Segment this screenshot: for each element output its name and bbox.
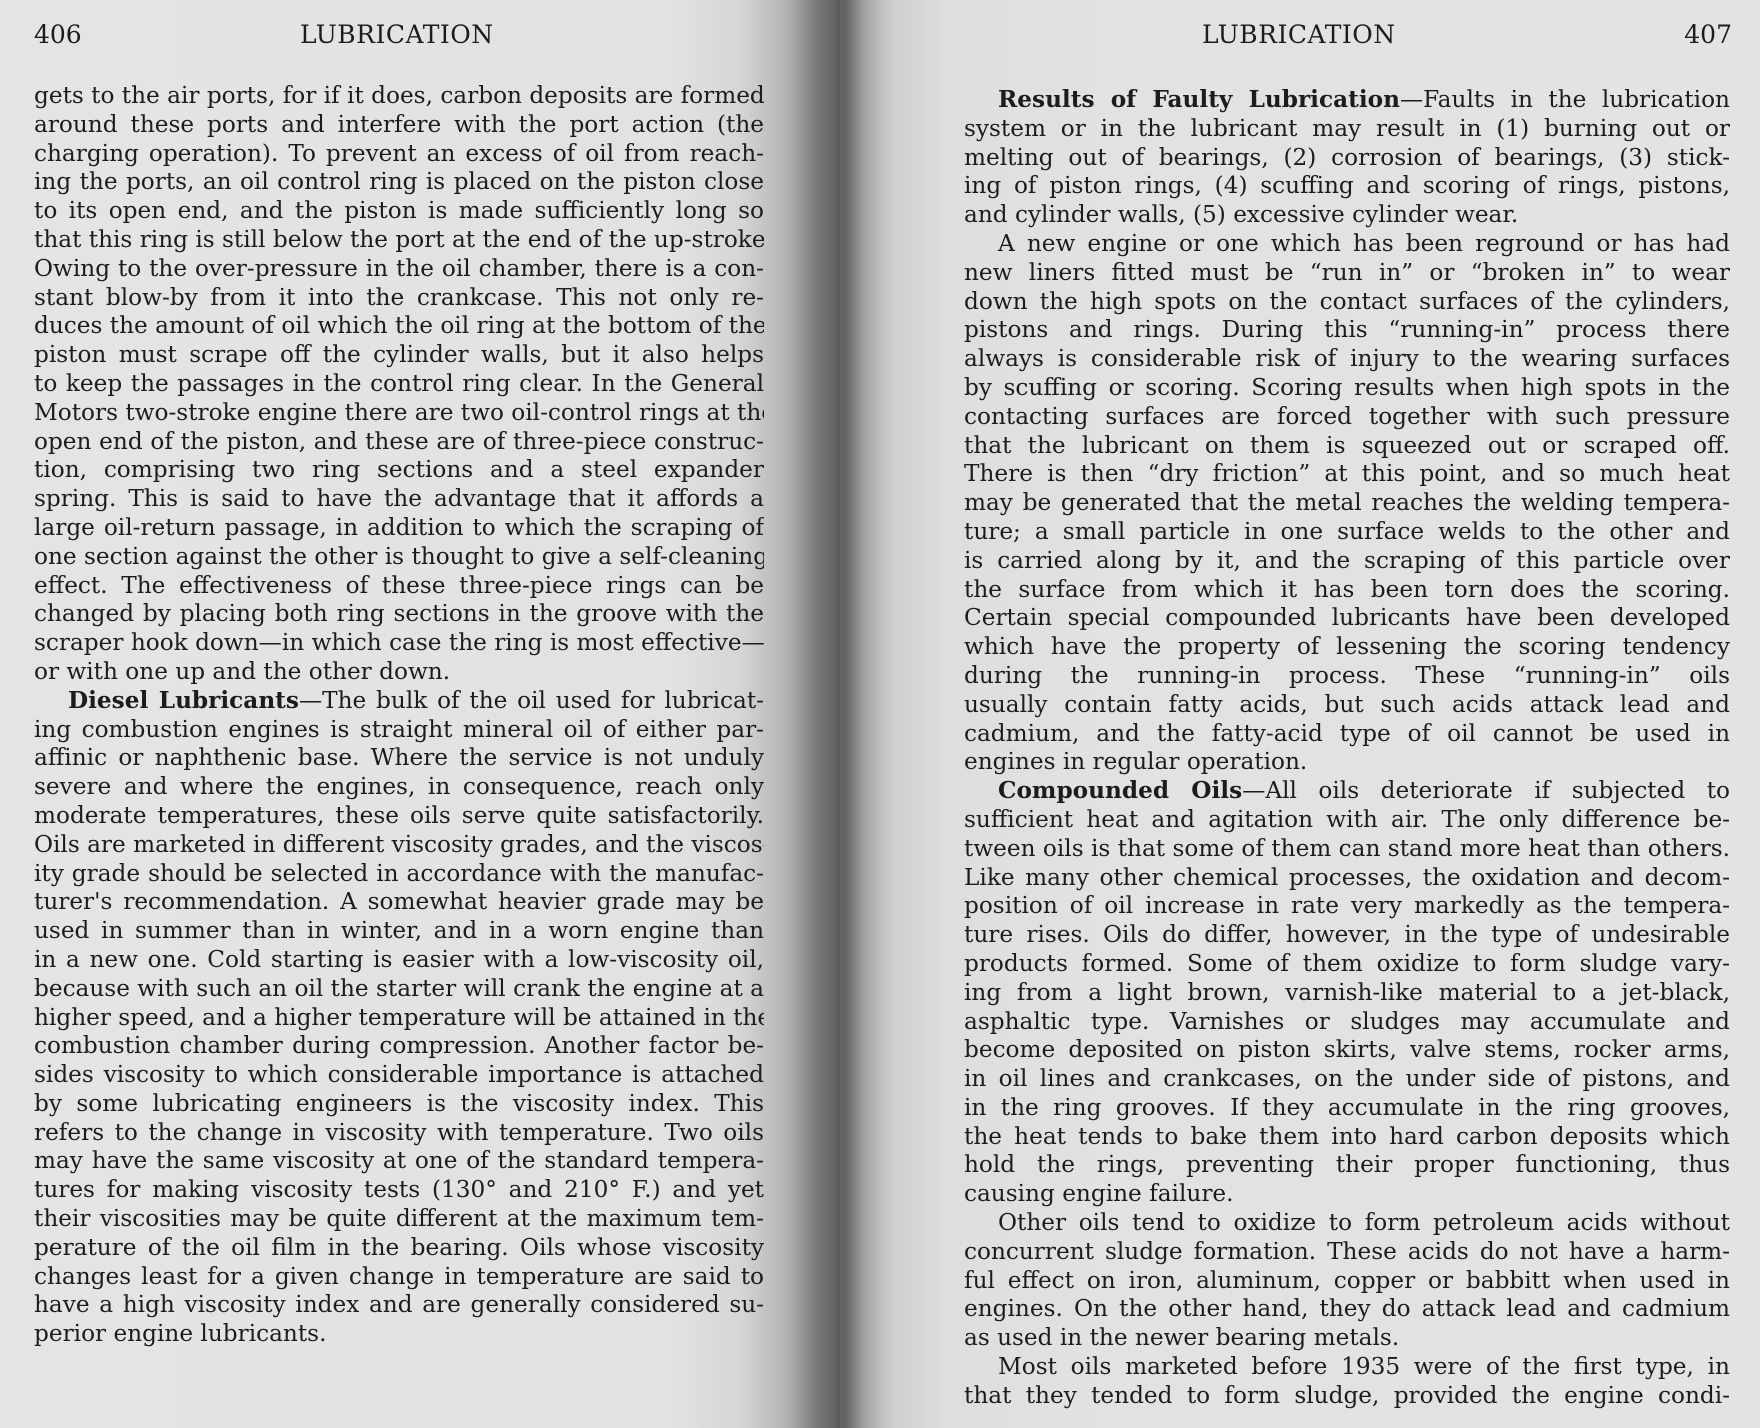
text-line: down the high spots on the contact surfa… — [964, 288, 1730, 317]
line-text: the heat tends to bake them into hard ca… — [964, 1123, 1730, 1150]
line-text: by some lubricating engineers is the vis… — [34, 1090, 764, 1117]
text-line: by some lubricating engineers is the vis… — [34, 1090, 764, 1119]
line-text: by scuffing or scoring. Scoring results … — [964, 374, 1730, 401]
line-text: become deposited on piston skirts, valve… — [964, 1036, 1730, 1063]
text-line: tion, comprising two ring sections and a… — [34, 456, 764, 485]
text-line: Certain special compounded lubricants ha… — [964, 604, 1730, 633]
text-line: tween oils is that some of them can stan… — [964, 835, 1730, 864]
text-line: products formed. Some of them oxidize to… — [964, 950, 1730, 979]
line-text: in the ring grooves. If they accumulate … — [964, 1094, 1730, 1121]
section-heading: Diesel Lubricants — [68, 687, 299, 714]
text-line: in oil lines and crankcases, on the unde… — [964, 1065, 1730, 1094]
line-text: ity grade should be selected in accordan… — [34, 860, 764, 887]
line-text: contacting surfaces are forced together … — [964, 403, 1730, 430]
line-text: sufficient heat and agitation with air. … — [964, 806, 1730, 833]
line-text: effect. The effectiveness of these three… — [34, 572, 764, 599]
text-line: severe and where the engines, in consequ… — [34, 773, 764, 802]
text-line: charging operation). To prevent an exces… — [34, 140, 764, 169]
text-line: stant blow-by from it into the crankcase… — [34, 284, 764, 313]
text-line: as used in the newer bearing metals. — [964, 1324, 1730, 1353]
text-line: ing combustion engines is straight miner… — [34, 716, 764, 745]
text-line: melting out of bearings, (2) corrosion o… — [964, 144, 1730, 173]
text-line: in a new one. Cold starting is easier wi… — [34, 946, 764, 975]
line-text: may be generated that the metal reaches … — [964, 489, 1730, 516]
text-line: A new engine or one which has been regro… — [964, 230, 1730, 259]
line-text: new liners fitted must be “run in” or “b… — [964, 259, 1730, 286]
page-number: 406 — [34, 20, 82, 49]
text-line: combustion chamber during compression. A… — [34, 1032, 764, 1061]
text-line: turer's recommendation. A somewhat heavi… — [34, 888, 764, 917]
line-text: their viscosities may be quite different… — [34, 1205, 764, 1232]
line-text: and cylinder walls, (5) excessive cylind… — [964, 201, 1518, 228]
text-line: causing engine failure. — [964, 1180, 1730, 1209]
text-line: Most oils marketed before 1935 were of t… — [964, 1353, 1730, 1382]
line-text: cadmium, and the fatty-acid type of oil … — [964, 720, 1730, 747]
line-text: A new engine or one which has been regro… — [998, 230, 1730, 257]
line-text: perature of the oil film in the bearing.… — [34, 1234, 764, 1261]
page-body-text: Results of Faulty Lubrication—Faults in … — [964, 86, 1730, 1411]
text-line: Diesel Lubricants—The bulk of the oil us… — [34, 687, 764, 716]
line-text: ful effect on iron, aluminum, copper or … — [964, 1267, 1730, 1294]
text-line: position of oil increase in rate very ma… — [964, 892, 1730, 921]
line-text: large oil-return passage, in addition to… — [34, 514, 764, 541]
line-text: —The bulk of the oil used for lubricat- — [299, 687, 764, 714]
line-text: gets to the air ports, for if it does, c… — [34, 82, 764, 109]
text-line: the heat tends to bake them into hard ca… — [964, 1123, 1730, 1152]
line-text: Motors two-stroke engine there are two o… — [34, 399, 764, 426]
text-line: usually contain fatty acids, but such ac… — [964, 691, 1730, 720]
text-line: always is considerable risk of injury to… — [964, 345, 1730, 374]
text-line: perature of the oil film in the bearing.… — [34, 1234, 764, 1263]
text-line: the surface from which it has been torn … — [964, 576, 1730, 605]
line-text: products formed. Some of them oxidize to… — [964, 950, 1730, 977]
text-line: moderate temperatures, these oils serve … — [34, 802, 764, 831]
line-text: Certain special compounded lubricants ha… — [964, 604, 1730, 631]
page-number: 407 — [1684, 20, 1732, 49]
text-line: changed by placing both ring sections in… — [34, 600, 764, 629]
line-text: duces the amount of oil which the oil ri… — [34, 312, 764, 339]
line-text: —Faults in the lubrication — [1400, 86, 1730, 113]
text-line: tures for making viscosity tests (130° a… — [34, 1176, 764, 1205]
text-line: ing of piston rings, (4) scuffing and sc… — [964, 172, 1730, 201]
text-line: Motors two-stroke engine there are two o… — [34, 399, 764, 428]
line-text: engines. On the other hand, they do atta… — [964, 1295, 1730, 1322]
line-text: during the running-in process. These “ru… — [964, 662, 1730, 689]
line-text: stant blow-by from it into the crankcase… — [34, 284, 764, 311]
text-line: perior engine lubricants. — [34, 1320, 764, 1349]
text-line: ture rises. Oils do differ, however, in … — [964, 921, 1730, 950]
line-text: around these ports and interfere with th… — [34, 111, 764, 138]
text-line: engines in regular operation. — [964, 748, 1730, 777]
text-line: duces the amount of oil which the oil ri… — [34, 312, 764, 341]
line-text: in a new one. Cold starting is easier wi… — [34, 946, 764, 973]
section-heading: Results of Faulty Lubrication — [998, 86, 1400, 113]
text-line: which have the property of lessening the… — [964, 633, 1730, 662]
line-text: There is then “dry friction” at this poi… — [964, 460, 1730, 487]
right-page: LUBRICATION 407 Results of Faulty Lubric… — [840, 0, 1760, 1428]
line-text: the surface from which it has been torn … — [964, 576, 1730, 603]
line-text: may have the same viscosity at one of th… — [34, 1147, 764, 1174]
text-line: cadmium, and the fatty-acid type of oil … — [964, 720, 1730, 749]
line-text: refers to the change in viscosity with t… — [34, 1119, 764, 1146]
text-line: spring. This is said to have the advanta… — [34, 485, 764, 514]
text-line: changes least for a given change in temp… — [34, 1263, 764, 1292]
line-text: severe and where the engines, in consequ… — [34, 773, 764, 800]
text-line: become deposited on piston skirts, valve… — [964, 1036, 1730, 1065]
line-text: ing of piston rings, (4) scuffing and sc… — [964, 172, 1730, 199]
text-line: or with one up and the other down. — [34, 658, 764, 687]
line-text: ing from a light brown, varnish-like mat… — [964, 979, 1730, 1006]
text-line: to its open end, and the piston is made … — [34, 197, 764, 226]
line-text: tures for making viscosity tests (130° a… — [34, 1176, 764, 1203]
line-text: to keep the passages in the control ring… — [34, 370, 764, 397]
text-line: asphaltic type. Varnishes or sludges may… — [964, 1008, 1730, 1037]
text-line: used in summer than in winter, and in a … — [34, 917, 764, 946]
line-text: ing the ports, an oil control ring is pl… — [34, 168, 764, 195]
line-text: tion, comprising two ring sections and a… — [34, 456, 764, 483]
text-line: higher speed, and a higher temperature w… — [34, 1004, 764, 1033]
line-text: that they tended to form sludge, provide… — [964, 1382, 1730, 1409]
text-line: one section against the other is thought… — [34, 543, 764, 572]
line-text: hold the rings, preventing their proper … — [964, 1151, 1730, 1178]
text-line: that this ring is still below the port a… — [34, 226, 764, 255]
text-line: Like many other chemical processes, the … — [964, 864, 1730, 893]
line-text: Most oils marketed before 1935 were of t… — [998, 1353, 1730, 1380]
text-line: gets to the air ports, for if it does, c… — [34, 82, 764, 111]
line-text: asphaltic type. Varnishes or sludges may… — [964, 1008, 1730, 1035]
line-text: Like many other chemical processes, the … — [964, 864, 1730, 891]
text-line: hold the rings, preventing their proper … — [964, 1151, 1730, 1180]
line-text: concurrent sludge formation. These acids… — [964, 1238, 1730, 1265]
line-text: scraper hook down—in which case the ring… — [34, 629, 764, 656]
line-text: because with such an oil the starter wil… — [34, 975, 764, 1002]
text-line: ture; a small particle in one surface we… — [964, 518, 1730, 547]
text-line: ity grade should be selected in accordan… — [34, 860, 764, 889]
line-text: system or in the lubricant may result in… — [964, 115, 1730, 142]
running-head: LUBRICATION — [300, 20, 494, 49]
line-text: that this ring is still below the port a… — [34, 226, 764, 253]
text-line: by scuffing or scoring. Scoring results … — [964, 374, 1730, 403]
line-text: or with one up and the other down. — [34, 658, 450, 685]
line-text: ing combustion engines is straight miner… — [34, 716, 764, 743]
text-line: around these ports and interfere with th… — [34, 111, 764, 140]
text-line: system or in the lubricant may result in… — [964, 115, 1730, 144]
line-text: in oil lines and crankcases, on the unde… — [964, 1065, 1730, 1092]
text-line: new liners fitted must be “run in” or “b… — [964, 259, 1730, 288]
line-text: moderate temperatures, these oils serve … — [34, 802, 764, 829]
text-line: and cylinder walls, (5) excessive cylind… — [964, 201, 1730, 230]
text-line: ing the ports, an oil control ring is pl… — [34, 168, 764, 197]
text-line: piston must scrape off the cylinder wall… — [34, 341, 764, 370]
text-line: is carried along by it, and the scraping… — [964, 547, 1730, 576]
line-text: open end of the piston, and these are of… — [34, 428, 764, 455]
text-line: refers to the change in viscosity with t… — [34, 1119, 764, 1148]
page-body-text: gets to the air ports, for if it does, c… — [34, 82, 764, 1349]
text-line: affinic or naphthenic base. Where the se… — [34, 744, 764, 773]
text-line: that they tended to form sludge, provide… — [964, 1382, 1730, 1411]
text-line: Oils are marketed in different viscosity… — [34, 831, 764, 860]
line-text: engines in regular operation. — [964, 748, 1307, 775]
line-text: tween oils is that some of them can stan… — [964, 835, 1730, 862]
line-text: spring. This is said to have the advanta… — [34, 485, 764, 512]
left-page: 406 LUBRICATION gets to the air ports, f… — [0, 0, 840, 1428]
text-line: Owing to the over-pressure in the oil ch… — [34, 255, 764, 284]
text-line: There is then “dry friction” at this poi… — [964, 460, 1730, 489]
line-text: usually contain fatty acids, but such ac… — [964, 691, 1730, 718]
line-text: as used in the newer bearing metals. — [964, 1324, 1399, 1351]
line-text: is carried along by it, and the scraping… — [964, 547, 1730, 574]
text-line: ing from a light brown, varnish-like mat… — [964, 979, 1730, 1008]
line-text: piston must scrape off the cylinder wall… — [34, 341, 764, 368]
line-text: —All oils deteriorate if subjected to — [1242, 777, 1730, 804]
line-text: causing engine failure. — [964, 1180, 1234, 1207]
text-line: to keep the passages in the control ring… — [34, 370, 764, 399]
text-line: their viscosities may be quite different… — [34, 1205, 764, 1234]
text-line: concurrent sludge formation. These acids… — [964, 1238, 1730, 1267]
text-line: may be generated that the metal reaches … — [964, 489, 1730, 518]
line-text: pistons and rings. During this “running-… — [964, 316, 1730, 343]
line-text: that the lubricant on them is squeezed o… — [964, 432, 1730, 459]
line-text: sides viscosity to which considerable im… — [34, 1061, 764, 1088]
line-text: always is considerable risk of injury to… — [964, 345, 1730, 372]
line-text: melting out of bearings, (2) corrosion o… — [964, 144, 1730, 171]
text-line: large oil-return passage, in addition to… — [34, 514, 764, 543]
line-text: Oils are marketed in different viscosity… — [34, 831, 764, 858]
text-line: may have the same viscosity at one of th… — [34, 1147, 764, 1176]
running-head: LUBRICATION — [1202, 20, 1396, 49]
section-heading: Compounded Oils — [998, 777, 1242, 804]
text-line: pistons and rings. During this “running-… — [964, 316, 1730, 345]
text-line: sides viscosity to which considerable im… — [34, 1061, 764, 1090]
text-line: Results of Faulty Lubrication—Faults in … — [964, 86, 1730, 115]
line-text: which have the property of lessening the… — [964, 633, 1730, 660]
text-line: sufficient heat and agitation with air. … — [964, 806, 1730, 835]
book-spread: 406 LUBRICATION gets to the air ports, f… — [0, 0, 1760, 1428]
text-line: in the ring grooves. If they accumulate … — [964, 1094, 1730, 1123]
line-text: to its open end, and the piston is made … — [34, 197, 764, 224]
line-text: perior engine lubricants. — [34, 1320, 326, 1347]
line-text: changes least for a given change in temp… — [34, 1263, 764, 1290]
line-text: one section against the other is thought… — [34, 543, 764, 570]
line-text: Other oils tend to oxidize to form petro… — [998, 1209, 1730, 1236]
text-line: contacting surfaces are forced together … — [964, 403, 1730, 432]
line-text: combustion chamber during compression. A… — [34, 1032, 764, 1059]
line-text: down the high spots on the contact surfa… — [964, 288, 1730, 315]
text-line: Compounded Oils—All oils deteriorate if … — [964, 777, 1730, 806]
line-text: ture rises. Oils do differ, however, in … — [964, 921, 1730, 948]
text-line: scraper hook down—in which case the ring… — [34, 629, 764, 658]
text-line: Other oils tend to oxidize to form petro… — [964, 1209, 1730, 1238]
line-text: charging operation). To prevent an exces… — [34, 140, 764, 167]
text-line: effect. The effectiveness of these three… — [34, 572, 764, 601]
line-text: have a high viscosity index and are gene… — [34, 1291, 764, 1318]
text-line: during the running-in process. These “ru… — [964, 662, 1730, 691]
line-text: position of oil increase in rate very ma… — [964, 892, 1730, 919]
text-line: have a high viscosity index and are gene… — [34, 1291, 764, 1320]
line-text: Owing to the over-pressure in the oil ch… — [34, 255, 764, 282]
line-text: turer's recommendation. A somewhat heavi… — [34, 888, 764, 915]
text-line: ful effect on iron, aluminum, copper or … — [964, 1267, 1730, 1296]
line-text: changed by placing both ring sections in… — [34, 600, 764, 627]
line-text: higher speed, and a higher temperature w… — [34, 1004, 764, 1031]
text-line: open end of the piston, and these are of… — [34, 428, 764, 457]
text-line: because with such an oil the starter wil… — [34, 975, 764, 1004]
line-text: ture; a small particle in one surface we… — [964, 518, 1730, 545]
line-text: affinic or naphthenic base. Where the se… — [34, 744, 764, 771]
text-line: that the lubricant on them is squeezed o… — [964, 432, 1730, 461]
text-line: engines. On the other hand, they do atta… — [964, 1295, 1730, 1324]
line-text: used in summer than in winter, and in a … — [34, 917, 764, 944]
